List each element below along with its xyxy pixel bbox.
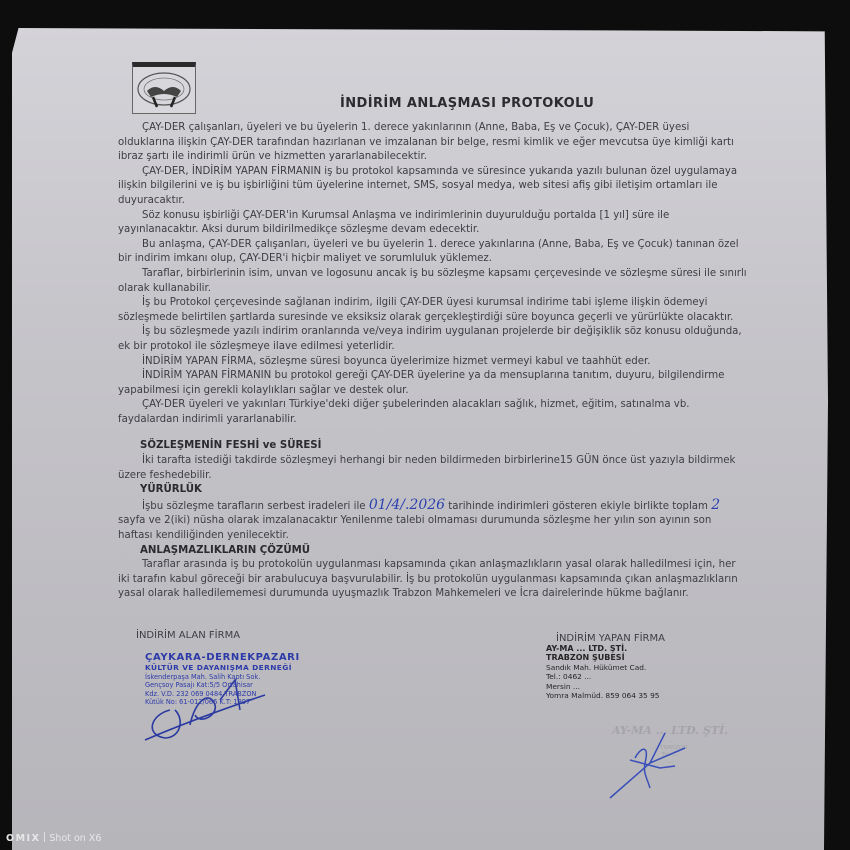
validity-text: İşbu sözleşme tarafların serbest iradele… xyxy=(118,498,748,544)
page-title: İNDİRİM ANLAŞMASI PROTOKOLU xyxy=(340,96,594,111)
signature-left-icon xyxy=(140,670,280,745)
document-body: ÇAY-DER çalışanları, üyeleri ve bu üyele… xyxy=(118,121,748,602)
company-stamp: AY-MA ... LTD. ŞTİ. TRABZON ŞUBESİ Sandı… xyxy=(546,644,746,700)
paragraph: İş bu Protokol çerçevesinde sağlanan ind… xyxy=(118,296,748,325)
section-heading-termination: SÖZLEŞMENİN FESHİ ve SÜRESİ xyxy=(118,439,748,454)
paragraph: ÇAY-DER, İNDİRİM YAPAN FİRMANIN iş bu pr… xyxy=(118,165,748,209)
paragraph: ÇAY-DER üyeleri ve yakınları Türkiye'dek… xyxy=(118,398,748,427)
signature-right-icon xyxy=(605,728,695,803)
signature-label-right: İNDİRİM YAPAN FİRMA xyxy=(556,633,665,644)
association-logo-icon xyxy=(132,62,196,114)
section-heading-validity: YÜRÜRLÜK xyxy=(118,483,748,498)
disputes-text: Taraflar arasında iş bu protokolün uygul… xyxy=(118,558,748,602)
paragraph: Söz konusu işbirliği ÇAY-DER'in Kurumsal… xyxy=(118,209,748,238)
paragraph: Taraflar, birbirlerinin isim, unvan ve l… xyxy=(118,267,748,296)
paragraph: İNDİRİM YAPAN FİRMANIN bu protokol gereğ… xyxy=(118,369,748,398)
paragraph: İş bu sözleşmede yazılı indirim oranları… xyxy=(118,325,748,354)
paragraph: İNDİRİM YAPAN FİRMA, sözleşme süresi boy… xyxy=(118,355,748,370)
handwritten-page-count: 2 xyxy=(711,497,720,513)
handwritten-date: 01/4/.2026 xyxy=(369,497,445,513)
paragraph: ÇAY-DER çalışanları, üyeleri ve bu üyele… xyxy=(118,121,748,165)
paragraph: Bu anlaşma, ÇAY-DER çalışanları, üyeleri… xyxy=(118,238,748,267)
section-heading-disputes: ANLAŞMAZLIKLARIN ÇÖZÜMÜ xyxy=(118,544,748,559)
signature-label-left: İNDİRİM ALAN FİRMA xyxy=(136,630,240,641)
termination-text: İki tarafta istediği takdirde sözleşmeyi… xyxy=(118,454,748,483)
camera-watermark: OMIXShot on X6 xyxy=(6,832,101,844)
